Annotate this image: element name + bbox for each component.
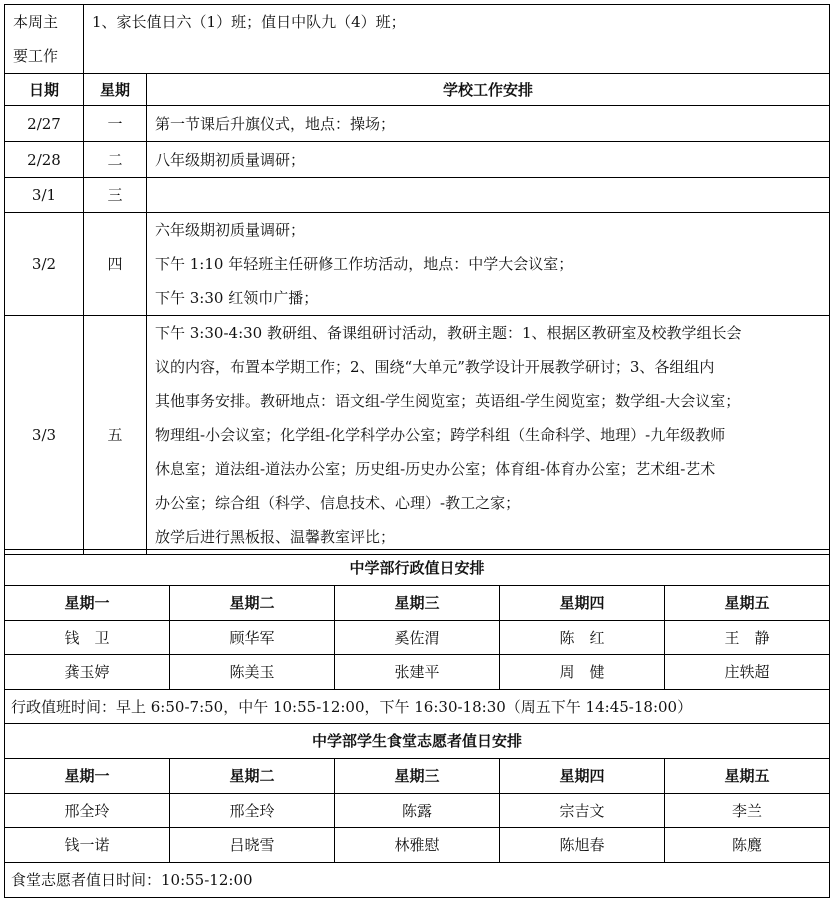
day-header: 星期三 <box>335 759 500 794</box>
weekly-main-work-content: 1、家长值日六（1）班；值日中队九（4）班； <box>84 5 830 74</box>
schedule-date: 3/1 <box>5 178 84 213</box>
content-line: 六年级期初质量调研； <box>155 213 823 247</box>
content-line: 物理组-小会议室；化学组-化学科学办公室；跨学科组（生命科学、地理）-九年级教师 <box>155 418 823 452</box>
canteen-duty-time-note: 食堂志愿者值日时间：10:55-12:00 <box>5 863 830 898</box>
duty-name: 邢全玲 <box>170 794 335 828</box>
content-line: 议的内容，布置本学期工作；2、围绕“大单元”教学设计开展教学研讨；3、各组组内 <box>155 350 823 384</box>
day-header: 星期五 <box>665 586 830 621</box>
duty-name: 陈美玉 <box>170 655 335 690</box>
duty-name: 王 静 <box>665 621 830 655</box>
canteen-duty-days-row: 星期一 星期二 星期三 星期四 星期五 <box>5 759 830 794</box>
schedule-date: 3/3 <box>5 316 84 555</box>
day-header: 星期四 <box>500 759 665 794</box>
schedule-row: 3/3 五 下午 3:30-4:30 教研组、备课组研讨活动，教研主题：1、根据… <box>5 316 830 555</box>
schedule-weekday: 一 <box>84 106 147 142</box>
content-line: 办公室；综合组（科学、信息技术、心理）-教工之家； <box>155 486 823 520</box>
duty-name: 陈旭春 <box>500 828 665 863</box>
schedule-date: 3/2 <box>5 213 84 316</box>
duty-name: 陈露 <box>335 794 500 828</box>
duty-name: 钱一诺 <box>5 828 170 863</box>
admin-duty-time-note: 行政值班时间：早上 6:50-7:50，中午 10:55-12:00，下午 16… <box>5 690 830 724</box>
canteen-duty-row: 邢全玲 邢全玲 陈露 宗吉文 李兰 <box>5 794 830 828</box>
header-arrangement: 学校工作安排 <box>147 74 830 106</box>
duty-name: 陈麑 <box>665 828 830 863</box>
schedule-date: 2/28 <box>5 142 84 178</box>
header-weekday: 星期 <box>84 74 147 106</box>
admin-duty-time-row: 行政值班时间：早上 6:50-7:50，中午 10:55-12:00，下午 16… <box>5 690 830 724</box>
duty-name: 奚佐渭 <box>335 621 500 655</box>
duty-name: 龚玉婷 <box>5 655 170 690</box>
day-header: 星期一 <box>5 759 170 794</box>
duty-name: 吕晓雪 <box>170 828 335 863</box>
duty-name: 顾华军 <box>170 621 335 655</box>
duty-name: 邢全玲 <box>5 794 170 828</box>
label-line-2: 要工作 <box>13 39 77 73</box>
schedule-row: 2/27 一 第一节课后升旗仪式，地点：操场； <box>5 106 830 142</box>
admin-duty-days-row: 星期一 星期二 星期三 星期四 星期五 <box>5 586 830 621</box>
day-header: 星期五 <box>665 759 830 794</box>
weekly-main-work-row: 本周主 要工作 1、家长值日六（1）班；值日中队九（4）班； <box>5 5 830 74</box>
duty-name: 陈 红 <box>500 621 665 655</box>
content-line: 下午 3:30 红领巾广播； <box>155 281 823 315</box>
schedule-header-row: 日期 星期 学校工作安排 <box>5 74 830 106</box>
content-line: 下午 1:10 年轻班主任研修工作坊活动，地点：中学大会议室； <box>155 247 823 281</box>
duty-name: 钱 卫 <box>5 621 170 655</box>
header-date: 日期 <box>5 74 84 106</box>
day-header: 星期二 <box>170 759 335 794</box>
content-line: 休息室；道法组-道法办公室；历史组-历史办公室；体育组-体育办公室；艺术组-艺术 <box>155 452 823 486</box>
admin-duty-title-row: 中学部行政值日安排 <box>5 550 830 586</box>
schedule-content: 下午 3:30-4:30 教研组、备课组研讨活动，教研主题：1、根据区教研室及校… <box>147 316 830 555</box>
schedule-weekday: 四 <box>84 213 147 316</box>
schedule-row: 3/1 三 <box>5 178 830 213</box>
canteen-duty-title-row: 中学部学生食堂志愿者值日安排 <box>5 724 830 759</box>
content-line: 下午 3:30-4:30 教研组、备课组研讨活动，教研主题：1、根据区教研室及校… <box>155 316 823 350</box>
schedule-content <box>147 178 830 213</box>
duty-name: 张建平 <box>335 655 500 690</box>
canteen-duty-row: 钱一诺 吕晓雪 林雅慰 陈旭春 陈麑 <box>5 828 830 863</box>
schedule-row: 2/28 二 八年级期初质量调研； <box>5 142 830 178</box>
duty-tables: 中学部行政值日安排 星期一 星期二 星期三 星期四 星期五 钱 卫 顾华军 奚佐… <box>4 549 830 898</box>
duty-name: 宗吉文 <box>500 794 665 828</box>
canteen-duty-time-row: 食堂志愿者值日时间：10:55-12:00 <box>5 863 830 898</box>
weekly-main-work-label: 本周主 要工作 <box>5 5 84 74</box>
duty-name: 庄轶超 <box>665 655 830 690</box>
admin-duty-row: 钱 卫 顾华军 奚佐渭 陈 红 王 静 <box>5 621 830 655</box>
schedule-content: 六年级期初质量调研； 下午 1:10 年轻班主任研修工作坊活动，地点：中学大会议… <box>147 213 830 316</box>
schedule-weekday: 三 <box>84 178 147 213</box>
duty-name: 李兰 <box>665 794 830 828</box>
day-header: 星期四 <box>500 586 665 621</box>
schedule-weekday: 二 <box>84 142 147 178</box>
admin-duty-title: 中学部行政值日安排 <box>5 550 830 586</box>
schedule-content: 第一节课后升旗仪式，地点：操场； <box>147 106 830 142</box>
schedule-content: 八年级期初质量调研； <box>147 142 830 178</box>
duty-name: 林雅慰 <box>335 828 500 863</box>
day-header: 星期二 <box>170 586 335 621</box>
content-line: 其他事务安排。教研地点：语文组-学生阅览室；英语组-学生阅览室；数学组-大会议室… <box>155 384 823 418</box>
duty-name: 周 健 <box>500 655 665 690</box>
canteen-duty-title: 中学部学生食堂志愿者值日安排 <box>5 724 830 759</box>
day-header: 星期三 <box>335 586 500 621</box>
day-header: 星期一 <box>5 586 170 621</box>
schedule-row: 3/2 四 六年级期初质量调研； 下午 1:10 年轻班主任研修工作坊活动，地点… <box>5 213 830 316</box>
school-work-table: 本周主 要工作 1、家长值日六（1）班；值日中队九（4）班； 日期 星期 学校工… <box>4 4 830 555</box>
admin-duty-row: 龚玉婷 陈美玉 张建平 周 健 庄轶超 <box>5 655 830 690</box>
schedule-weekday: 五 <box>84 316 147 555</box>
label-line-1: 本周主 <box>13 5 77 39</box>
schedule-date: 2/27 <box>5 106 84 142</box>
